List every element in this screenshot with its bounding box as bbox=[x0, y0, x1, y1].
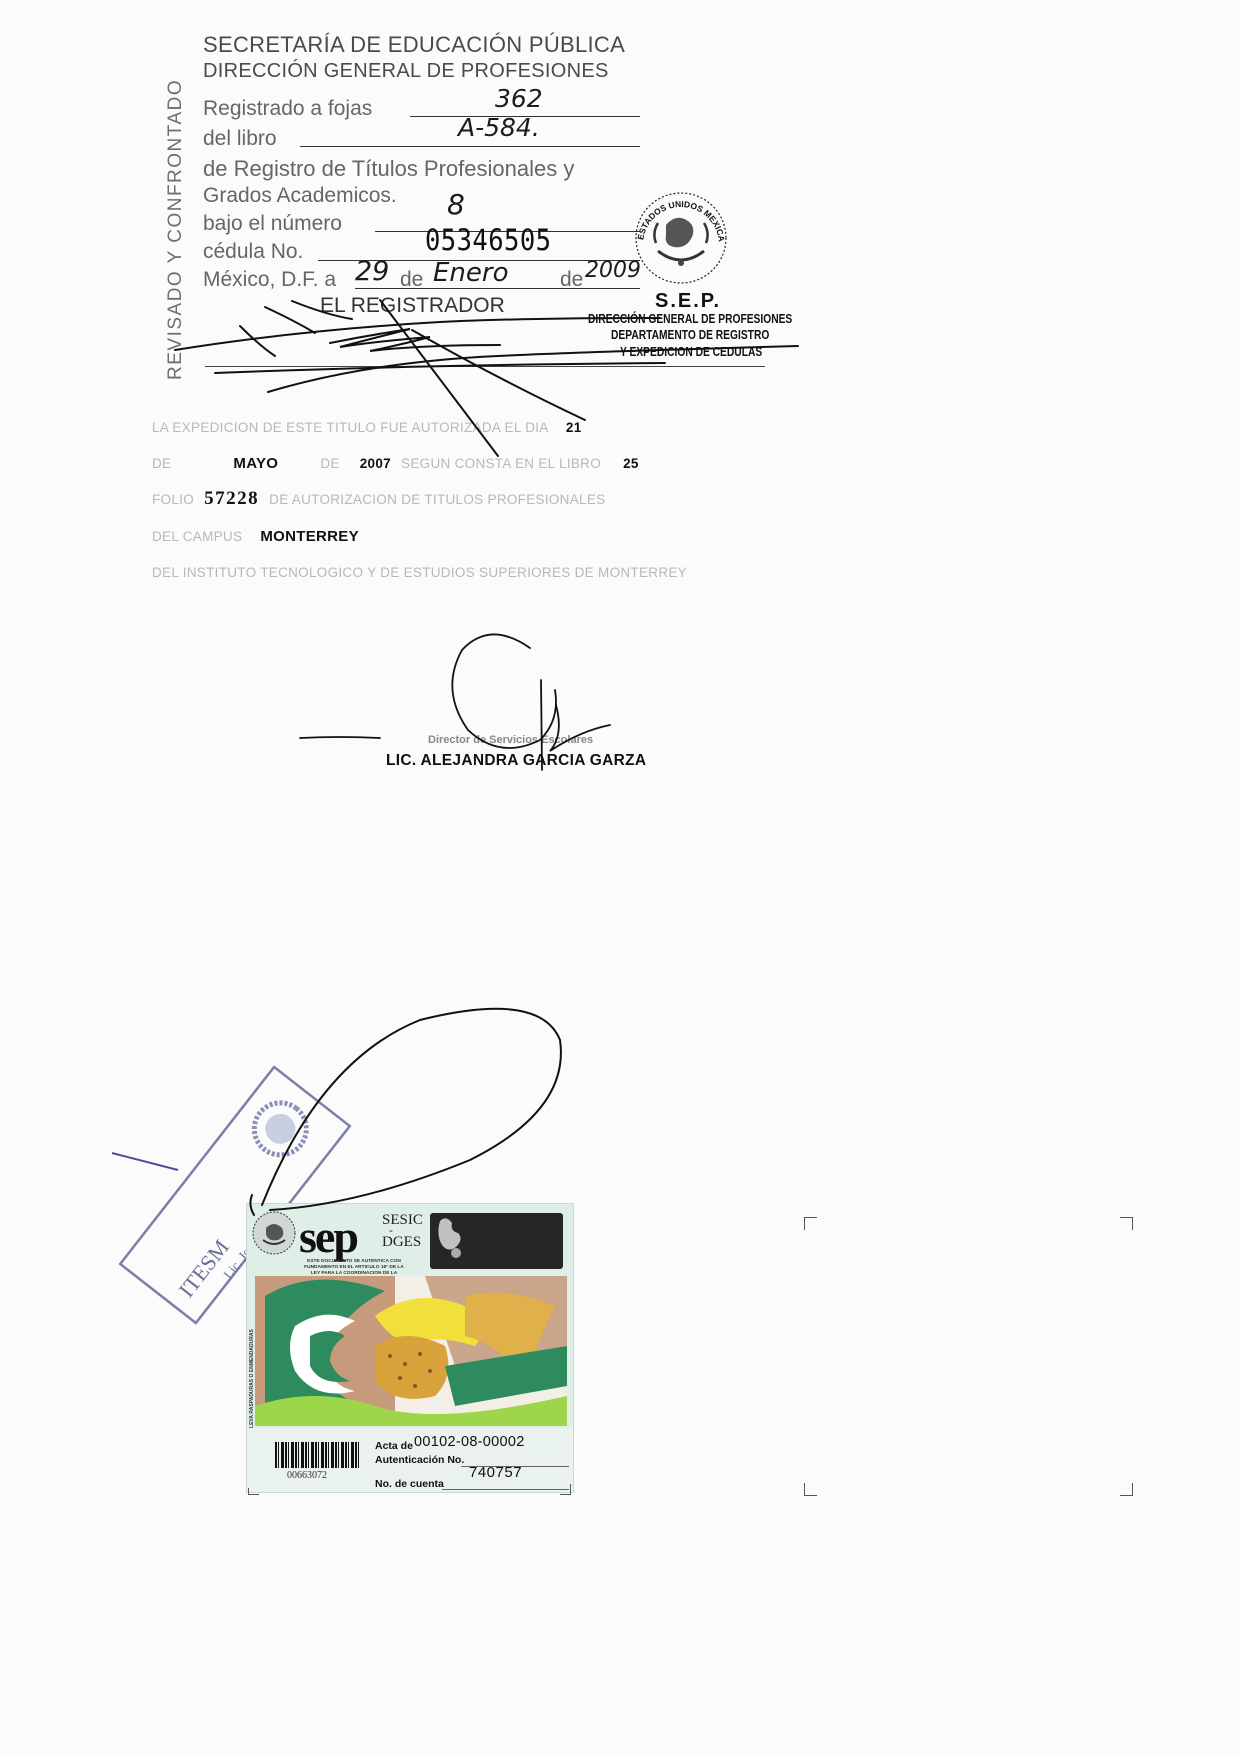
sticker-crop-mark-left bbox=[248, 1488, 259, 1495]
auth-row-3: FOLIO 57228 DE AUTORIZACION DE TITULOS P… bbox=[152, 488, 605, 510]
crop-mark-top-right bbox=[1120, 1217, 1133, 1230]
numero-label: bajo el número bbox=[203, 212, 342, 236]
barcode-number: 00663072 bbox=[287, 1470, 327, 1481]
cuenta-number: 740757 bbox=[469, 1464, 522, 1481]
sticker-serpent-artwork bbox=[255, 1276, 567, 1426]
date-month: Enero bbox=[433, 258, 509, 288]
auth-day: 21 bbox=[566, 420, 582, 435]
date-de2: de bbox=[560, 268, 583, 292]
numero-value: 8 bbox=[447, 188, 465, 221]
stamp-vertical-label: REVISADO Y CONFRONTADO bbox=[165, 79, 187, 380]
director-title: Director de Servicios Escolares bbox=[428, 734, 593, 746]
folio-value: 57228 bbox=[204, 488, 259, 509]
auth-row-1: LA EXPEDICION DE ESTE TITULO FUE AUTORIZ… bbox=[152, 420, 582, 435]
crop-mark-bottom-left bbox=[804, 1483, 817, 1496]
mexican-coat-of-arms-icon: ESTADOS UNIDOS MEXICANOS bbox=[628, 185, 734, 291]
auth-year: 2007 bbox=[360, 456, 391, 471]
date-day: 29 bbox=[355, 256, 389, 287]
cuenta-rule bbox=[442, 1489, 569, 1490]
auth-text-2: SEGUN CONSTA EN EL LIBRO bbox=[401, 456, 601, 471]
acta-number: 00102-08-00002 bbox=[414, 1434, 525, 1450]
sep-logo: sep bbox=[299, 1210, 357, 1263]
cedula-value: 05346505 bbox=[425, 223, 551, 257]
cedula-label: cédula No. bbox=[203, 240, 303, 264]
fojas-value: 362 bbox=[495, 84, 543, 113]
fojas-label: Registrado a fojas bbox=[203, 97, 372, 121]
sep-line3: Y EXPEDICION DE CEDULAS bbox=[620, 345, 762, 359]
barcode bbox=[275, 1442, 361, 1468]
cuenta-label: No. de cuenta bbox=[375, 1478, 444, 1490]
director-signature bbox=[300, 634, 610, 770]
director-name: LIC. ALEJANDRA GARCIA GARZA bbox=[386, 752, 646, 770]
auth-de-1: DE bbox=[152, 456, 171, 471]
registro-line1: de Registro de Títulos Profesionales y bbox=[203, 156, 574, 182]
sep-line1: DIRECCIÓN GENERAL DE PROFESIONES bbox=[588, 312, 792, 326]
sticker-crop-mark-right bbox=[560, 1484, 571, 1495]
sticker-info-panel: 00663072 Acta de 00102-08-00002 Autentic… bbox=[247, 1428, 573, 1492]
sticker-hologram-panel bbox=[430, 1213, 563, 1269]
crop-mark-bottom-right bbox=[1120, 1483, 1133, 1496]
sep-acronym: S.E.P. bbox=[655, 290, 721, 313]
sticker-dges: DGES bbox=[382, 1234, 421, 1251]
auth-month: MAYO bbox=[233, 455, 278, 472]
date-rule bbox=[355, 288, 640, 289]
auth-text-1: LA EXPEDICION DE ESTE TITULO FUE AUTORIZ… bbox=[152, 420, 548, 435]
stamp-header-line2: DIRECCIÓN GENERAL DE PROFESIONES bbox=[203, 60, 609, 83]
libro-label: del libro bbox=[203, 127, 277, 151]
sticker-coat-of-arms-icon bbox=[251, 1210, 297, 1256]
registro-line2: Grados Academicos. bbox=[203, 184, 397, 208]
campus-value: MONTERREY bbox=[260, 528, 359, 545]
crop-mark-top-left bbox=[804, 1217, 817, 1230]
place-label: México, D.F. a bbox=[203, 268, 336, 292]
campus-label: DEL CAMPUS bbox=[152, 529, 242, 544]
institution-line: DEL INSTITUTO TECNOLOGICO Y DE ESTUDIOS … bbox=[152, 565, 687, 580]
hologram-figure-icon bbox=[430, 1213, 470, 1269]
libro-value: A-584. bbox=[458, 113, 540, 142]
acta-label-2: Autenticación No. bbox=[375, 1454, 464, 1466]
seal-base-rule bbox=[205, 366, 765, 367]
stamp-header-line1: SECRETARÍA DE EDUCACIÓN PÚBLICA bbox=[203, 32, 625, 58]
acta-label-1: Acta de bbox=[375, 1440, 413, 1452]
auth-text-3: DE AUTORIZACION DE TITULOS PROFESIONALES bbox=[269, 492, 605, 507]
date-de1: de bbox=[400, 268, 423, 292]
signer-title: EL REGISTRADOR bbox=[320, 294, 505, 318]
folio-label: FOLIO bbox=[152, 492, 194, 507]
auth-libro: 25 bbox=[623, 456, 639, 471]
auth-de-2: DE bbox=[320, 456, 339, 471]
auth-row-4: DEL CAMPUS MONTERREY bbox=[152, 528, 359, 545]
libro-rule bbox=[300, 146, 640, 147]
sep-line2: DEPARTAMENTO DE REGISTRO bbox=[611, 328, 769, 342]
auth-row-2: DE MAYO DE 2007 SEGUN CONSTA EN EL LIBRO… bbox=[152, 455, 639, 472]
sep-authentication-sticker: sep SESIC - DGES ESTE DOCUMENTO SE AUTEN… bbox=[246, 1203, 574, 1493]
